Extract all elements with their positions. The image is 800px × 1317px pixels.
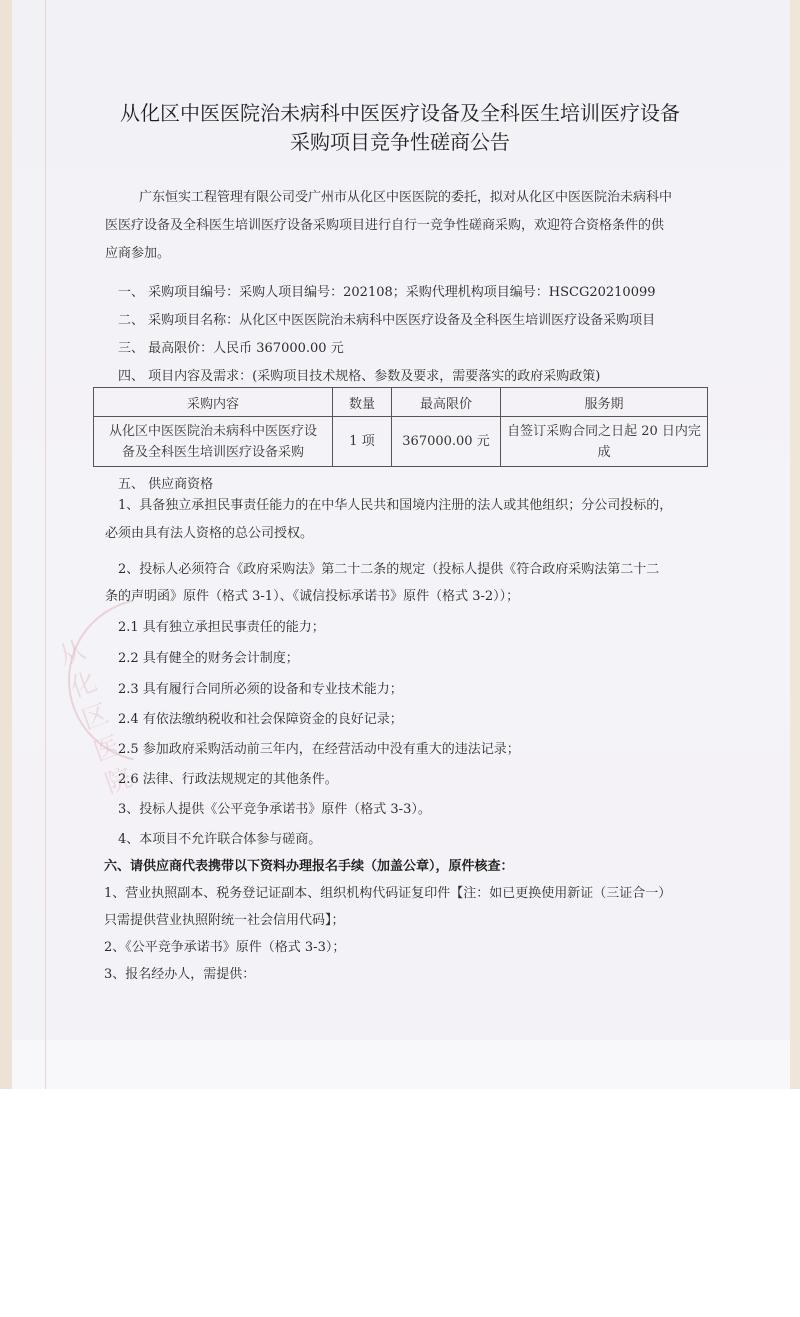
- qualification-1-line1: 1、具备独立承担民事责任能力的在中华人民共和国境内注册的法人或其他组织；分公司投…: [118, 492, 728, 520]
- header-quantity: 数量: [333, 388, 392, 417]
- page-left-edge: [0, 0, 12, 1089]
- qualification-3: 3、投标人提供《公平竞争承诺书》原件（格式 3-3）。: [118, 796, 728, 824]
- qualification-2-line2: 条的声明函》原件（格式 3-1）、《诚信投标承诺书》原件（格式 3-2））；: [105, 583, 715, 611]
- qualification-2-line1: 2、投标人必须符合《政府采购法》第二十二条的规定（投标人提供《符合政府采购法第二…: [118, 556, 728, 584]
- qualification-2-3: 2.3 具有履行合同所必须的设备和专业技术能力；: [118, 676, 728, 704]
- document-title-line2: 采购项目竞争性磋商公告: [90, 126, 710, 155]
- qualification-2-2: 2.2 具有健全的财务会计制度；: [118, 645, 728, 673]
- cell-max-price: 367000.00 元: [392, 417, 501, 467]
- qualification-2-1: 2.1 具有独立承担民事责任的能力；: [118, 614, 728, 642]
- cell-quantity: 1 项: [333, 417, 392, 467]
- registration-item-2: 2、《公平竞争承诺书》原件（格式 3-3）；: [104, 934, 714, 962]
- qualification-1-line2: 必须由具有法人资格的总公司授权。: [105, 520, 715, 548]
- content-line1: 从化区中医医院治未病科中医医疗设: [98, 421, 328, 442]
- header-service-period: 服务期: [501, 388, 708, 417]
- page-right-edge: [790, 0, 800, 1089]
- section-6-registration-header: 六、请供应商代表携带以下资料办理报名手续（加盖公章），原件核查：: [104, 853, 714, 881]
- section-1-project-number: 一、 采购项目编号：采购人项目编号：202108；采购代理机构项目编号：HSCG…: [118, 279, 728, 307]
- intro-line2: 医医疗设备及全科医生培训医疗设备采购项目进行自行一竞争性磋商采购，欢迎符合资格条…: [105, 212, 715, 240]
- margin-line: [45, 0, 46, 1089]
- procurement-table: 采购内容 数量 最高限价 服务期 从化区中医医院治未病科中医医疗设 备及全科医生…: [93, 387, 708, 467]
- registration-item-3: 3、报名经办人，需提供：: [104, 961, 714, 989]
- qualification-2-5: 2.5 参加政府采购活动前三年内，在经营活动中没有重大的违法记录；: [118, 736, 728, 764]
- paper-bottom-area: [12, 1040, 790, 1089]
- registration-item-1-line2: 只需提供营业执照附统一社会信用代码】；: [104, 907, 714, 935]
- cell-procurement-content: 从化区中医医院治未病科中医医疗设 备及全科医生培训医疗设备采购: [94, 417, 333, 467]
- intro-line3: 应商参加。: [105, 240, 715, 268]
- intro-line1: 广东恒实工程管理有限公司受广州市从化区中医医院的委托，拟对从化区中医医院治未病科…: [105, 184, 715, 212]
- header-max-price: 最高限价: [392, 388, 501, 417]
- qualification-2-4: 2.4 有依法缴纳税收和社会保障资金的良好记录；: [118, 706, 728, 734]
- registration-item-1-line1: 1、营业执照副本、税务登记证副本、组织机构代码证复印件【注：如已更换使用新证（三…: [104, 880, 714, 908]
- section-2-project-name: 二、 采购项目名称：从化区中医医院治未病科中医医疗设备及全科医生培训医疗设备采购…: [118, 307, 728, 335]
- table-header-row: 采购内容 数量 最高限价 服务期: [94, 388, 708, 417]
- table-row: 从化区中医医院治未病科中医医疗设 备及全科医生培训医疗设备采购 1 项 3670…: [94, 417, 708, 467]
- header-procurement-content: 采购内容: [94, 388, 333, 417]
- qualification-2-6: 2.6 法律、行政法规规定的其他条件。: [118, 766, 728, 794]
- content-line2: 备及全科医生培训医疗设备采购: [98, 442, 328, 463]
- qualification-4: 4、本项目不允许联合体参与磋商。: [118, 826, 728, 854]
- document-title-line1: 从化区中医医院治未病科中医医疗设备及全科医生培训医疗设备: [90, 97, 710, 126]
- cell-service-period: 自签订采购合同之日起 20 日内完成: [501, 417, 708, 467]
- section-3-max-price: 三、 最高限价：人民币 367000.00 元: [118, 335, 728, 363]
